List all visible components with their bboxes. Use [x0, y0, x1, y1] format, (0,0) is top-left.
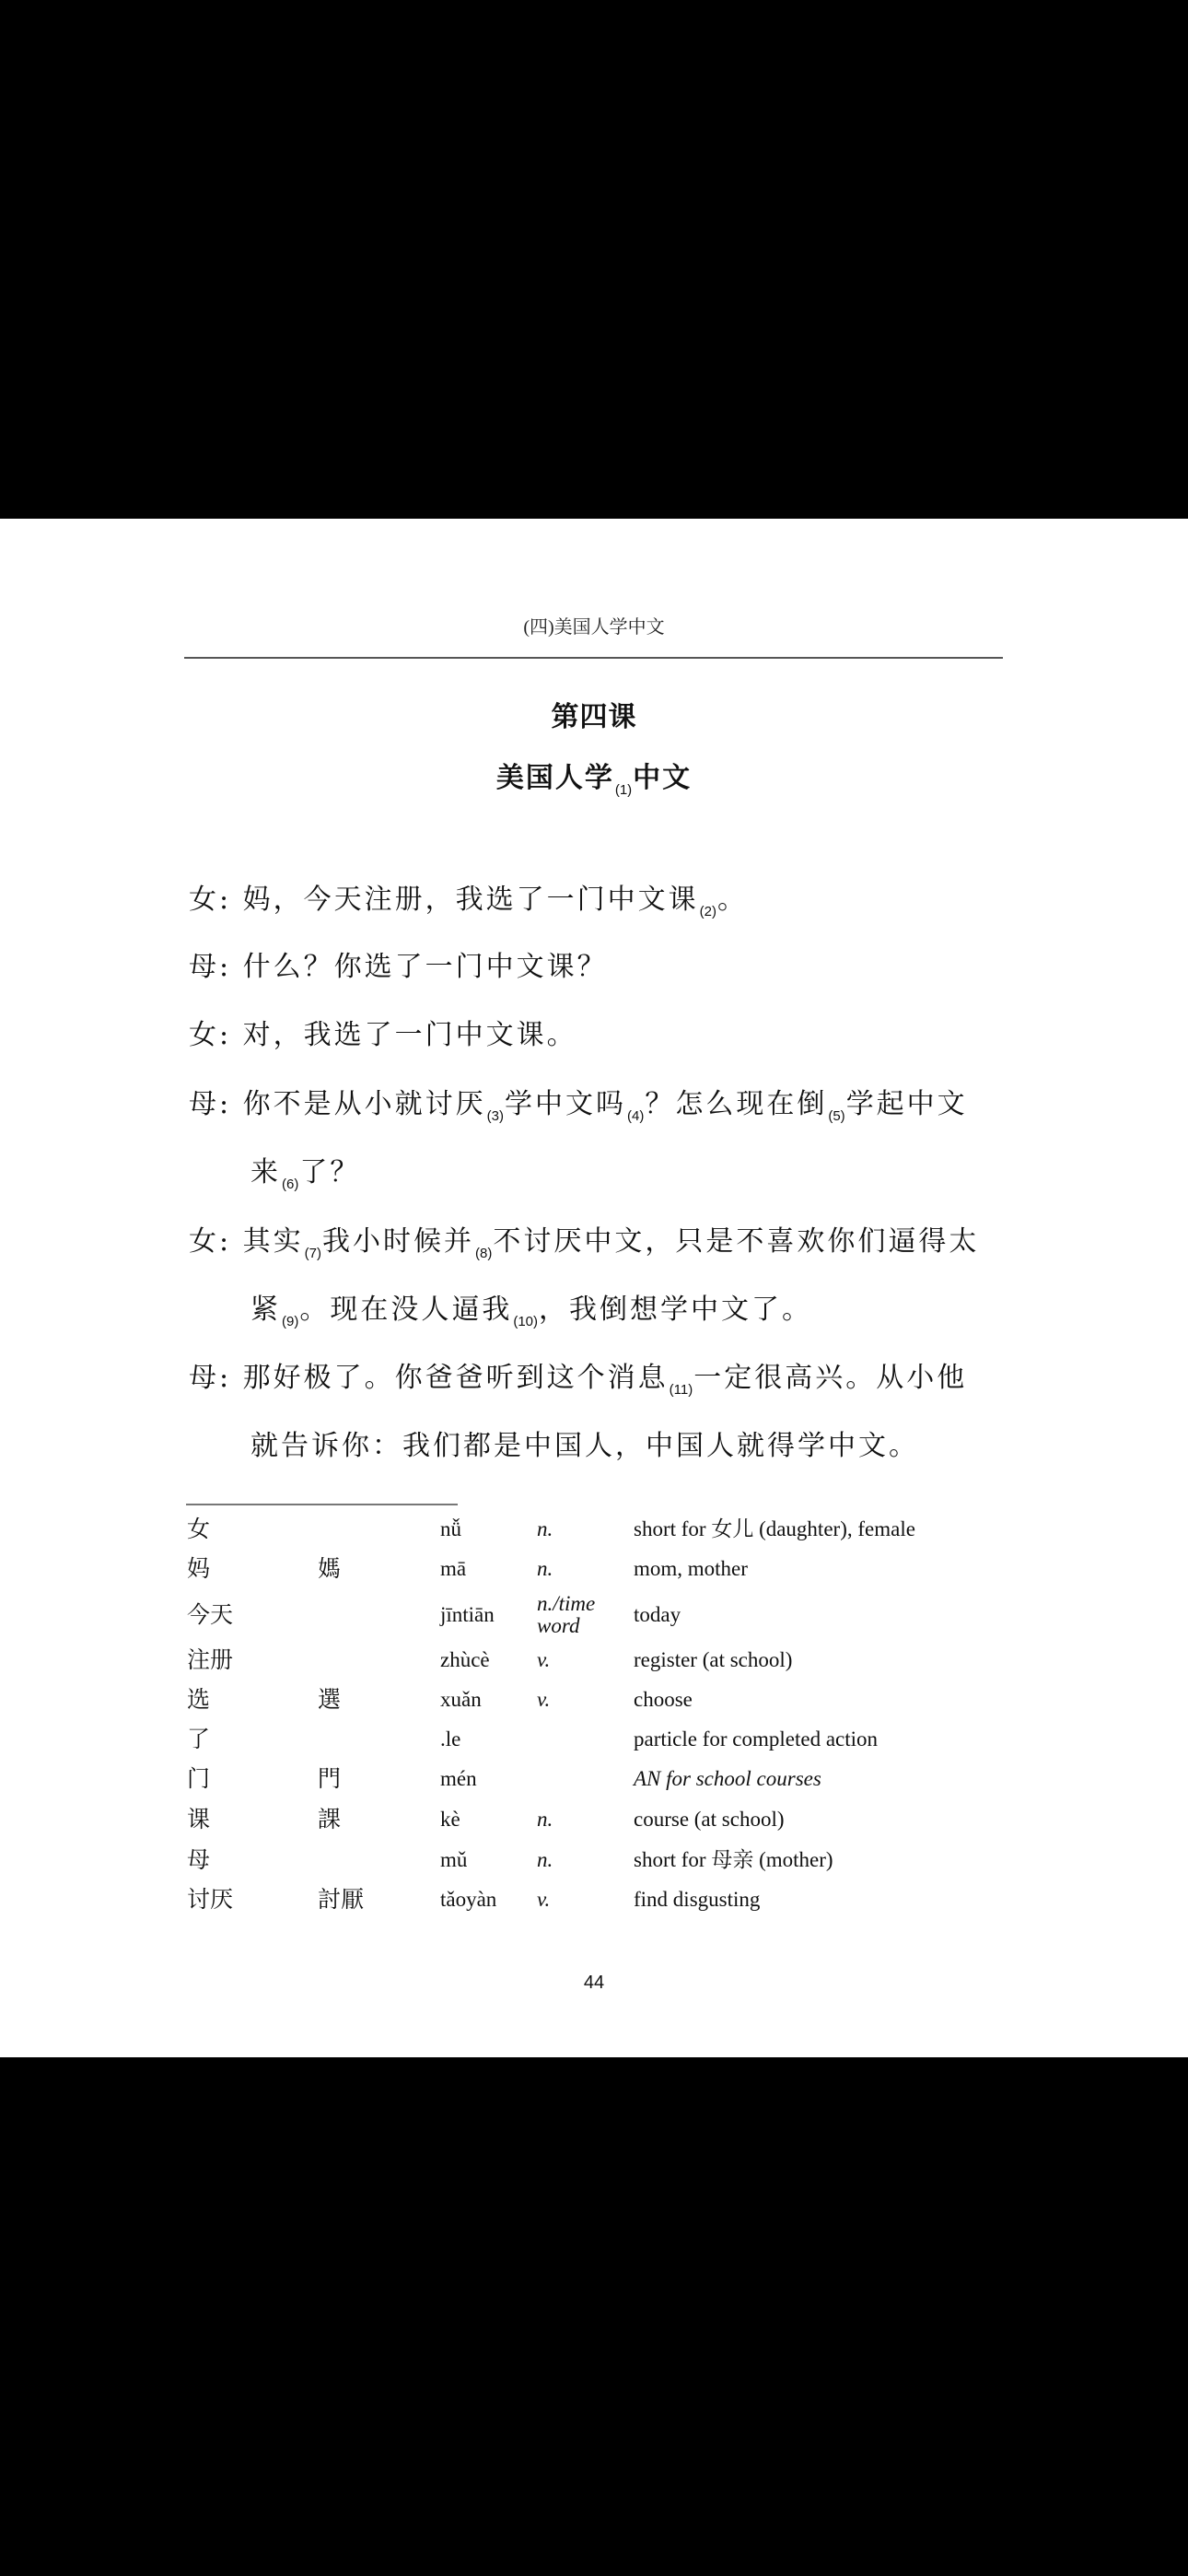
vocab-simplified: 今天: [187, 1602, 233, 1628]
vocab-simplified: 课: [187, 1807, 210, 1832]
dialogue-line: 女: 对，我选了一门中文课。: [189, 1017, 1008, 1054]
dialogue-text: ？怎么现在倒: [645, 1088, 827, 1120]
footnote-marker: (7): [305, 1246, 321, 1261]
vocab-row: 课 課 kè n. course (at school): [0, 1807, 1188, 1844]
dialogue-text: 。现在没人逼我: [299, 1294, 512, 1326]
vocab-simplified: 母: [187, 1847, 210, 1873]
footnote-marker: (2): [700, 904, 716, 919]
vocab-traditional: 選: [318, 1687, 341, 1713]
vocab-simplified: 妈: [187, 1556, 210, 1582]
vocab-pos: n.: [537, 1556, 553, 1582]
vocab-pos: n.: [537, 1807, 553, 1832]
dialogue-text: 一定很高兴。从小他: [693, 1362, 967, 1394]
vocab-pinyin: kè: [440, 1807, 460, 1832]
vocab-pinyin: jīntiān: [440, 1602, 495, 1628]
dialogue-line: 母: 你不是从小就讨厌(3)学中文吗(4)？怎么现在倒(5)学起中文: [189, 1086, 1008, 1135]
vocab-definition: choose: [634, 1687, 693, 1713]
vocab-row: 妈 媽 mā n. mom, mother: [0, 1556, 1188, 1593]
header-divider: [184, 657, 1003, 659]
vocab-pinyin: nǚ: [440, 1516, 461, 1542]
vocab-definition: register (at school): [634, 1647, 792, 1673]
subtitle-text: 中文: [633, 762, 692, 794]
dialogue-text: 来: [250, 1156, 281, 1188]
vocab-simplified: 门: [187, 1766, 210, 1792]
vocab-simplified: 女: [187, 1516, 210, 1542]
dialogue-line: 母: 那好极了。你爸爸听到这个消息(11)一定很高兴。从小他: [189, 1360, 1008, 1409]
vocab-pos: v.: [537, 1887, 550, 1913]
vocab-row: 今天 jīntiān n./timeword today: [0, 1602, 1188, 1639]
document-page: (四)美国人学中文 第四课 美国人学(1)中文 女: 妈，今天注册，我选了一门中…: [0, 519, 1188, 2057]
vocab-row: 讨厌 討厭 tǎoyàn v. find disgusting: [0, 1887, 1188, 1924]
dialogue-text: 学中文吗: [505, 1088, 626, 1120]
footnote-divider: [186, 1504, 458, 1505]
vocab-simplified: 了: [187, 1727, 210, 1752]
vocab-traditional: 門: [318, 1766, 341, 1792]
dialogue-text: 母: 什么？你选了一门中文课？: [189, 951, 608, 983]
vocab-definition: short for 母亲 (mother): [634, 1847, 833, 1873]
lesson-subtitle: 美国人学(1)中文: [0, 760, 1188, 809]
vocab-row: 了 .le particle for completed action: [0, 1727, 1188, 1763]
vocab-pos: v.: [537, 1647, 550, 1673]
dialogue-text: 紧: [250, 1294, 281, 1326]
vocab-pinyin: xuǎn: [440, 1687, 482, 1713]
vocab-definition: particle for completed action: [634, 1727, 878, 1752]
vocab-pinyin: .le: [440, 1727, 460, 1752]
dialogue-text: 不讨厌中文，只是不喜欢你们逼得太: [493, 1225, 979, 1258]
vocab-definition: course (at school): [634, 1807, 785, 1832]
footnote-marker: (3): [487, 1108, 504, 1124]
vocab-pinyin: zhùcè: [440, 1647, 490, 1673]
vocab-definition: find disgusting: [634, 1887, 760, 1913]
vocab-row: 注册 zhùcè v. register (at school): [0, 1647, 1188, 1684]
vocab-definition: AN for school courses: [634, 1766, 821, 1792]
vocab-traditional: 課: [318, 1807, 341, 1832]
footnote-marker: (9): [282, 1314, 298, 1329]
dialogue-text: ，我倒想学中文了。: [539, 1294, 812, 1326]
dialogue-text: 母: 你不是从小就讨厌: [189, 1088, 486, 1120]
vocab-simplified: 选: [187, 1687, 210, 1713]
dialogue-text: 女: 妈，今天注册，我选了一门中文课: [189, 884, 699, 916]
dialogue-text: 。: [717, 884, 748, 916]
footnote-marker: (8): [475, 1246, 492, 1261]
dialogue-line-continuation: 就告诉你：我们都是中国人，中国人就得学中文。: [250, 1428, 1070, 1465]
dialogue-text: 母: 那好极了。你爸爸听到这个消息: [189, 1362, 669, 1394]
footnote-marker: (1): [615, 782, 632, 798]
dialogue-line: 女: 妈，今天注册，我选了一门中文课(2)。: [189, 882, 1008, 931]
footnote-marker: (10): [513, 1314, 538, 1329]
dialogue-line-continuation: 来(6)了？: [250, 1154, 1070, 1203]
subtitle-text: 美国人学: [496, 762, 614, 794]
dialogue-text: 就告诉你：我们都是中国人，中国人就得学中文。: [250, 1430, 919, 1462]
footnote-marker: (4): [627, 1108, 644, 1124]
vocab-pos: v.: [537, 1687, 550, 1713]
footnote-marker: (11): [670, 1382, 693, 1398]
dialogue-line-continuation: 紧(9)。现在没人逼我(10)，我倒想学中文了。: [250, 1292, 1070, 1341]
vocab-traditional: 討厭: [318, 1887, 364, 1913]
running-header: (四)美国人学中文: [0, 616, 1188, 638]
dialogue-text: 学起中文: [846, 1088, 968, 1120]
vocab-definition: short for 女儿 (daughter), female: [634, 1516, 915, 1542]
vocab-pos: n.: [537, 1516, 553, 1542]
vocab-row: 母 mǔ n. short for 母亲 (mother): [0, 1847, 1188, 1884]
vocab-pos-line: word: [537, 1615, 595, 1637]
vocab-simplified: 注册: [187, 1647, 233, 1673]
dialogue-line: 女: 其实(7)我小时候并(8)不讨厌中文，只是不喜欢你们逼得太: [189, 1224, 1008, 1272]
dialogue-text: 了？: [299, 1156, 360, 1188]
vocab-definition: today: [634, 1602, 681, 1628]
footnote-marker: (5): [828, 1108, 844, 1124]
vocab-row: 女 nǚ n. short for 女儿 (daughter), female: [0, 1516, 1188, 1553]
page-number: 44: [0, 1973, 1188, 1994]
vocab-pos-line: n./time: [537, 1593, 595, 1615]
dialogue-text: 我小时候并: [322, 1225, 474, 1258]
vocab-pinyin: mā: [440, 1556, 466, 1582]
vocab-pinyin: tǎoyàn: [440, 1887, 496, 1913]
dialogue-line: 母: 什么？你选了一门中文课？: [189, 949, 1008, 986]
footnote-marker: (6): [282, 1177, 298, 1192]
vocab-pos: n./timeword: [537, 1593, 595, 1637]
vocab-pos: n.: [537, 1847, 553, 1873]
vocab-row: 门 門 mén AN for school courses: [0, 1766, 1188, 1803]
vocab-pinyin: mén: [440, 1766, 477, 1792]
vocab-definition: mom, mother: [634, 1556, 748, 1582]
dialogue-text: 女: 对，我选了一门中文课。: [189, 1019, 577, 1051]
vocab-pinyin: mǔ: [440, 1847, 467, 1873]
vocab-traditional: 媽: [318, 1556, 341, 1582]
vocab-row: 选 選 xuǎn v. choose: [0, 1687, 1188, 1724]
dialogue-text: 女: 其实: [189, 1225, 304, 1258]
vocab-simplified: 讨厌: [187, 1887, 233, 1913]
lesson-title: 第四课: [0, 699, 1188, 736]
